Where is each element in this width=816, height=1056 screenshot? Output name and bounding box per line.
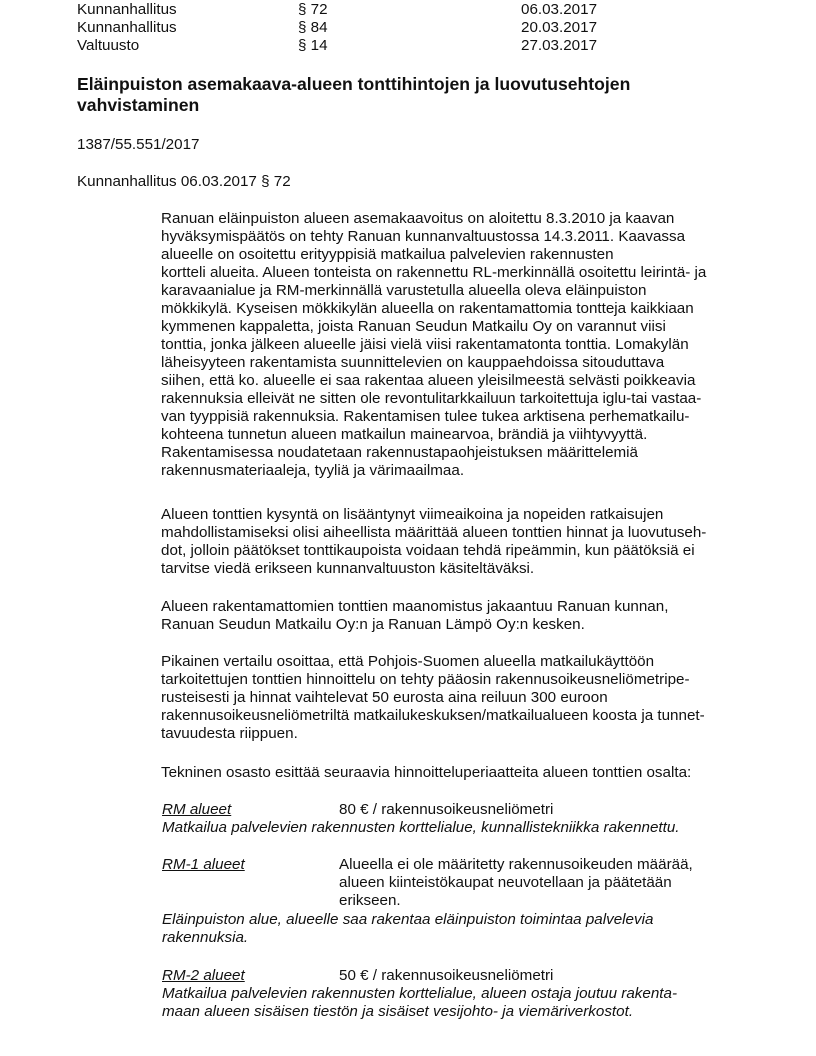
pricing-description: Eläinpuiston alue, alueelle saa rakentaa…	[162, 911, 653, 947]
text-line: alueelle on osoitettu erityyppisiä matka…	[161, 246, 761, 264]
text-line: rakennuksia.	[162, 929, 653, 947]
text-line: rakennusoikeusneliömetriltä matkailukesk…	[161, 707, 761, 725]
text-line: tarvitse viedä erikseen kunnanvaltuuston…	[161, 560, 761, 578]
text-line: läheisyyteen rakentamista suunnittelevie…	[161, 354, 761, 372]
meta-date: 27.03.2017	[521, 36, 597, 55]
pricing-description: Matkailua palvelevien rakennusten kortte…	[162, 985, 677, 1021]
text-line: Matkailua palvelevien rakennusten kortte…	[162, 819, 680, 837]
paragraph-ownership: Alueen rakentamattomien tonttien maanomi…	[161, 598, 761, 634]
text-line: Rakentamisessa noudatetaan rakennustapao…	[161, 444, 761, 462]
text-line: Ranuan eläinpuiston alueen asemakaavoitu…	[161, 210, 761, 228]
pricing-value: Alueella ei ole määritetty rakennusoikeu…	[339, 856, 693, 910]
text-line: Tekninen osasto esittää seuraavia hinnoi…	[161, 764, 761, 782]
meta-body: Kunnanhallitus	[77, 18, 177, 37]
text-line: kortteli alueita. Alueen tonteista on ra…	[161, 264, 761, 282]
text-line: dot, jolloin päätökset tonttikaupoista v…	[161, 542, 761, 560]
pricing-value: 80 € / rakennusoikeusneliömetri	[339, 801, 553, 819]
meta-date: 06.03.2017	[521, 0, 597, 19]
text-line: kymmenen kappaletta, joista Ranuan Seudu…	[161, 318, 761, 336]
text-line: Alueen rakentamattomien tonttien maanomi…	[161, 598, 761, 616]
paragraph-demand: Alueen tonttien kysyntä on lisääntynyt v…	[161, 506, 761, 578]
text-line: Matkailua palvelevien rakennusten kortte…	[162, 985, 677, 1003]
text-line: mahdollistamiseksi olisi aiheellista mää…	[161, 524, 761, 542]
text-line: tonttia, jonka jälkeen alueelle jäisi vi…	[161, 336, 761, 354]
text-line: siihen, että ko. alueelle ei saa rakenta…	[161, 372, 761, 390]
text-line: mökkikylä. Kyseisen mökkikylän alueella …	[161, 300, 761, 318]
pricing-area-label: RM-1 alueet	[162, 856, 245, 874]
meta-paragraph: § 84	[298, 18, 328, 37]
meta-date: 20.03.2017	[521, 18, 597, 37]
text-line: Alueella ei ole määritetty rakennusoikeu…	[339, 856, 693, 874]
document-title: Eläinpuiston asemakaava-alueen tonttihin…	[77, 74, 717, 116]
text-line: rusteisesti ja hinnat vaihtelevat 50 eur…	[161, 689, 761, 707]
text-line: Pikainen vertailu osoittaa, että Pohjois…	[161, 653, 761, 671]
text-line: tavuudesta riippuen.	[161, 725, 761, 743]
text-line: Ranuan Seudun Matkailu Oy:n ja Ranuan Lä…	[161, 616, 761, 634]
text-line: rakennusmateriaaleja, tyyliä ja värimaai…	[161, 462, 761, 480]
pricing-area-label: RM alueet	[162, 801, 231, 819]
document-number: 1387/55.551/2017	[77, 136, 199, 154]
meta-paragraph: § 72	[298, 0, 328, 19]
text-line: hyväksymispäätös on tehty Ranuan kunnanv…	[161, 228, 761, 246]
text-line: 80 € / rakennusoikeusneliömetri	[339, 801, 553, 819]
text-line: karavaanialue ja RM-merkinnällä varustet…	[161, 282, 761, 300]
text-line: Alueen tonttien kysyntä on lisääntynyt v…	[161, 506, 761, 524]
text-line: erikseen.	[339, 892, 693, 910]
title-line: vahvistaminen	[77, 95, 717, 116]
pricing-description: Matkailua palvelevien rakennusten kortte…	[162, 819, 680, 837]
session-header: Kunnanhallitus 06.03.2017 § 72	[77, 173, 291, 191]
pricing-area-label: RM-2 alueet	[162, 967, 245, 985]
text-line: alueen kiinteistökaupat neuvotellaan ja …	[339, 874, 693, 892]
text-line: van tyyppisiä rakennuksia. Rakentamisen …	[161, 408, 761, 426]
paragraph-proposal-intro: Tekninen osasto esittää seuraavia hinnoi…	[161, 764, 761, 782]
meta-body: Valtuusto	[77, 36, 139, 55]
meta-paragraph: § 14	[298, 36, 328, 55]
pricing-value: 50 € / rakennusoikeusneliömetri	[339, 967, 553, 985]
text-line: rakennuksia elleivät ne sitten ole revon…	[161, 390, 761, 408]
text-line: Eläinpuiston alue, alueelle saa rakentaa…	[162, 911, 653, 929]
paragraph-background: Ranuan eläinpuiston alueen asemakaavoitu…	[161, 210, 761, 480]
text-line: 50 € / rakennusoikeusneliömetri	[339, 967, 553, 985]
text-line: maan alueen sisäisen tiestön ja sisäiset…	[162, 1003, 677, 1021]
text-line: kohteena tunnetun alueen matkailun maine…	[161, 426, 761, 444]
paragraph-comparison: Pikainen vertailu osoittaa, että Pohjois…	[161, 653, 761, 743]
text-line: tarkoitettujen tonttien hinnoittelu on t…	[161, 671, 761, 689]
title-line: Eläinpuiston asemakaava-alueen tonttihin…	[77, 74, 717, 95]
meta-body: Kunnanhallitus	[77, 0, 177, 19]
